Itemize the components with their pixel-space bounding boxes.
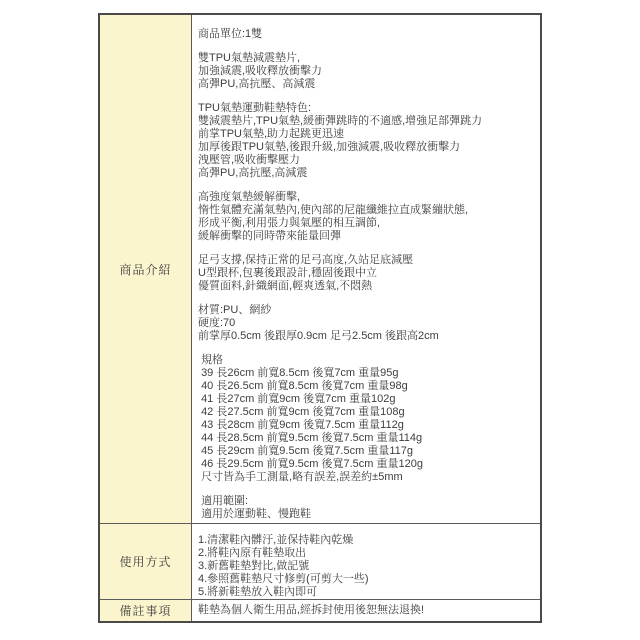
text-line: 優質面料,針織網面,輕爽透氣,不悶熱 xyxy=(198,280,535,293)
text-line: 4.參照舊鞋墊尺寸修剪(可剪大一些) xyxy=(198,573,535,586)
text-line: 40 長26.5cm 前寬8.5cm 後寬7cm 重量98g xyxy=(198,380,535,393)
text-line: 1.清潔鞋內髒汙,並保持鞋內乾燥 xyxy=(198,534,535,547)
text-line: 緩解衝擊的同時帶來能量回彈 xyxy=(198,230,535,243)
text-line: 硬度:70 xyxy=(198,317,535,330)
paragraph: 1.清潔鞋內髒汙,並保持鞋內乾燥2.將鞋內原有鞋墊取出3.新舊鞋墊對比,做記號4… xyxy=(198,534,535,599)
text-line: 高彈PU,高抗壓,高減震 xyxy=(198,167,535,180)
text-line: 惰性氣體充滿氣墊內,使內部的尼龍纖維拉直成緊繃狀態, xyxy=(198,204,535,217)
text-line: 商品單位:1雙 xyxy=(198,28,535,41)
text-line: 前掌厚0.5cm 後跟厚0.9cm 足弓2.5cm 後跟高2cm xyxy=(198,330,535,343)
text-line: 2.將鞋內原有鞋墊取出 xyxy=(198,547,535,560)
text-line: 適用範圍: xyxy=(198,495,535,508)
paragraph: 鞋墊為個人衛生用品,經拆封使用後恕無法退換! xyxy=(198,604,535,617)
paragraph: 材質:PU、網紗硬度:70前掌厚0.5cm 後跟厚0.9cm 足弓2.5cm 後… xyxy=(198,304,535,343)
text-line: TPU氣墊運動鞋墊特色: xyxy=(198,102,535,115)
text-line: 高彈PU,高抗壓、高減震 xyxy=(198,78,535,91)
text-line: 適用於運動鞋、慢跑鞋 xyxy=(198,508,535,521)
paragraph: 規格 39 長26cm 前寬8.5cm 後寬7cm 重量95g 40 長26.5… xyxy=(198,354,535,484)
text-line: 形成平衡,利用張力與氣壓的相互調節, xyxy=(198,217,535,230)
row-label-notes: 備註事項 xyxy=(100,600,192,621)
paragraph: 足弓支撐,保持正常的足弓高度,久站足底減壓U型跟杯,包裹後跟設計,穩固後跟中立優… xyxy=(198,254,535,293)
paragraph: 高強度氣墊緩解衝擊,惰性氣體充滿氣墊內,使內部的尼龍纖維拉直成緊繃狀態,形成平衡… xyxy=(198,191,535,243)
row-content-usage-instructions: 1.清潔鞋內髒汙,並保持鞋內乾燥2.將鞋內原有鞋墊取出3.新舊鞋墊對比,做記號4… xyxy=(192,524,540,599)
text-line: 44 長28.5cm 前寬9.5cm 後寬7.5cm 重量114g xyxy=(198,432,535,445)
text-line: 加強減震,吸收釋放衝擊力 xyxy=(198,65,535,78)
paragraph: 商品單位:1雙 xyxy=(198,28,535,41)
row-content-product-intro: 商品單位:1雙雙TPU氣墊減震墊片,加強減震,吸收釋放衝擊力高彈PU,高抗壓、高… xyxy=(192,15,540,523)
text-line: 41 長27cm 前寬9cm 後寬7cm 重量102g xyxy=(198,393,535,406)
row-content-notes: 鞋墊為個人衛生用品,經拆封使用後恕無法退換! xyxy=(192,600,540,621)
text-line: 足弓支撐,保持正常的足弓高度,久站足底減壓 xyxy=(198,254,535,267)
text-line: 規格 xyxy=(198,354,535,367)
text-line: 42 長27.5cm 前寬9cm 後寬7cm 重量108g xyxy=(198,406,535,419)
text-line: 尺寸皆為手工測量,略有誤差,誤差約±5mm xyxy=(198,471,535,484)
text-line: 洩壓管,吸收衝擊壓力 xyxy=(198,154,535,167)
text-line: 前掌TPU氣墊,助力起跳更迅速 xyxy=(198,128,535,141)
row-usage-instructions: 使用方式 1.清潔鞋內髒汙,並保持鞋內乾燥2.將鞋內原有鞋墊取出3.新舊鞋墊對比… xyxy=(100,523,540,599)
product-description-page: 商品介紹 商品單位:1雙雙TPU氣墊減震墊片,加強減震,吸收釋放衝擊力高彈PU,… xyxy=(0,0,640,640)
paragraph: 適用範圍: 適用於運動鞋、慢跑鞋 xyxy=(198,495,535,521)
text-line: 材質:PU、網紗 xyxy=(198,304,535,317)
row-product-intro: 商品介紹 商品單位:1雙雙TPU氣墊減震墊片,加強減震,吸收釋放衝擊力高彈PU,… xyxy=(100,15,540,523)
text-line: 雙減震墊片,TPU氣墊,緩衝彈跳時的不適感,增強足部彈跳力 xyxy=(198,115,535,128)
text-line: 加厚後跟TPU氣墊,後跟升級,加強減震,吸收釋放衝擊力 xyxy=(198,141,535,154)
row-notes: 備註事項 鞋墊為個人衛生用品,經拆封使用後恕無法退換! xyxy=(100,599,540,621)
paragraph: TPU氣墊運動鞋墊特色:雙減震墊片,TPU氣墊,緩衝彈跳時的不適感,增強足部彈跳… xyxy=(198,102,535,180)
row-label-usage-instructions: 使用方式 xyxy=(100,524,192,599)
paragraph: 雙TPU氣墊減震墊片,加強減震,吸收釋放衝擊力高彈PU,高抗壓、高減震 xyxy=(198,52,535,91)
text-line: 3.新舊鞋墊對比,做記號 xyxy=(198,560,535,573)
row-label-product-intro: 商品介紹 xyxy=(100,15,192,523)
text-line: 39 長26cm 前寬8.5cm 後寬7cm 重量95g xyxy=(198,367,535,380)
text-line: 高強度氣墊緩解衝擊, xyxy=(198,191,535,204)
text-line: 雙TPU氣墊減震墊片, xyxy=(198,52,535,65)
text-line: 45 長29cm 前寬9.5cm 後寬7.5cm 重量117g xyxy=(198,445,535,458)
text-line: 43 長28cm 前寬9cm 後寬7.5cm 重量112g xyxy=(198,419,535,432)
text-line: 46 長29.5cm 前寬9.5cm 後寬7.5cm 重量120g xyxy=(198,458,535,471)
text-line: U型跟杯,包裹後跟設計,穩固後跟中立 xyxy=(198,267,535,280)
text-line: 5.將新鞋墊放入鞋內即可 xyxy=(198,586,535,599)
text-line: 鞋墊為個人衛生用品,經拆封使用後恕無法退換! xyxy=(198,604,535,617)
product-spec-table: 商品介紹 商品單位:1雙雙TPU氣墊減震墊片,加強減震,吸收釋放衝擊力高彈PU,… xyxy=(98,13,542,623)
